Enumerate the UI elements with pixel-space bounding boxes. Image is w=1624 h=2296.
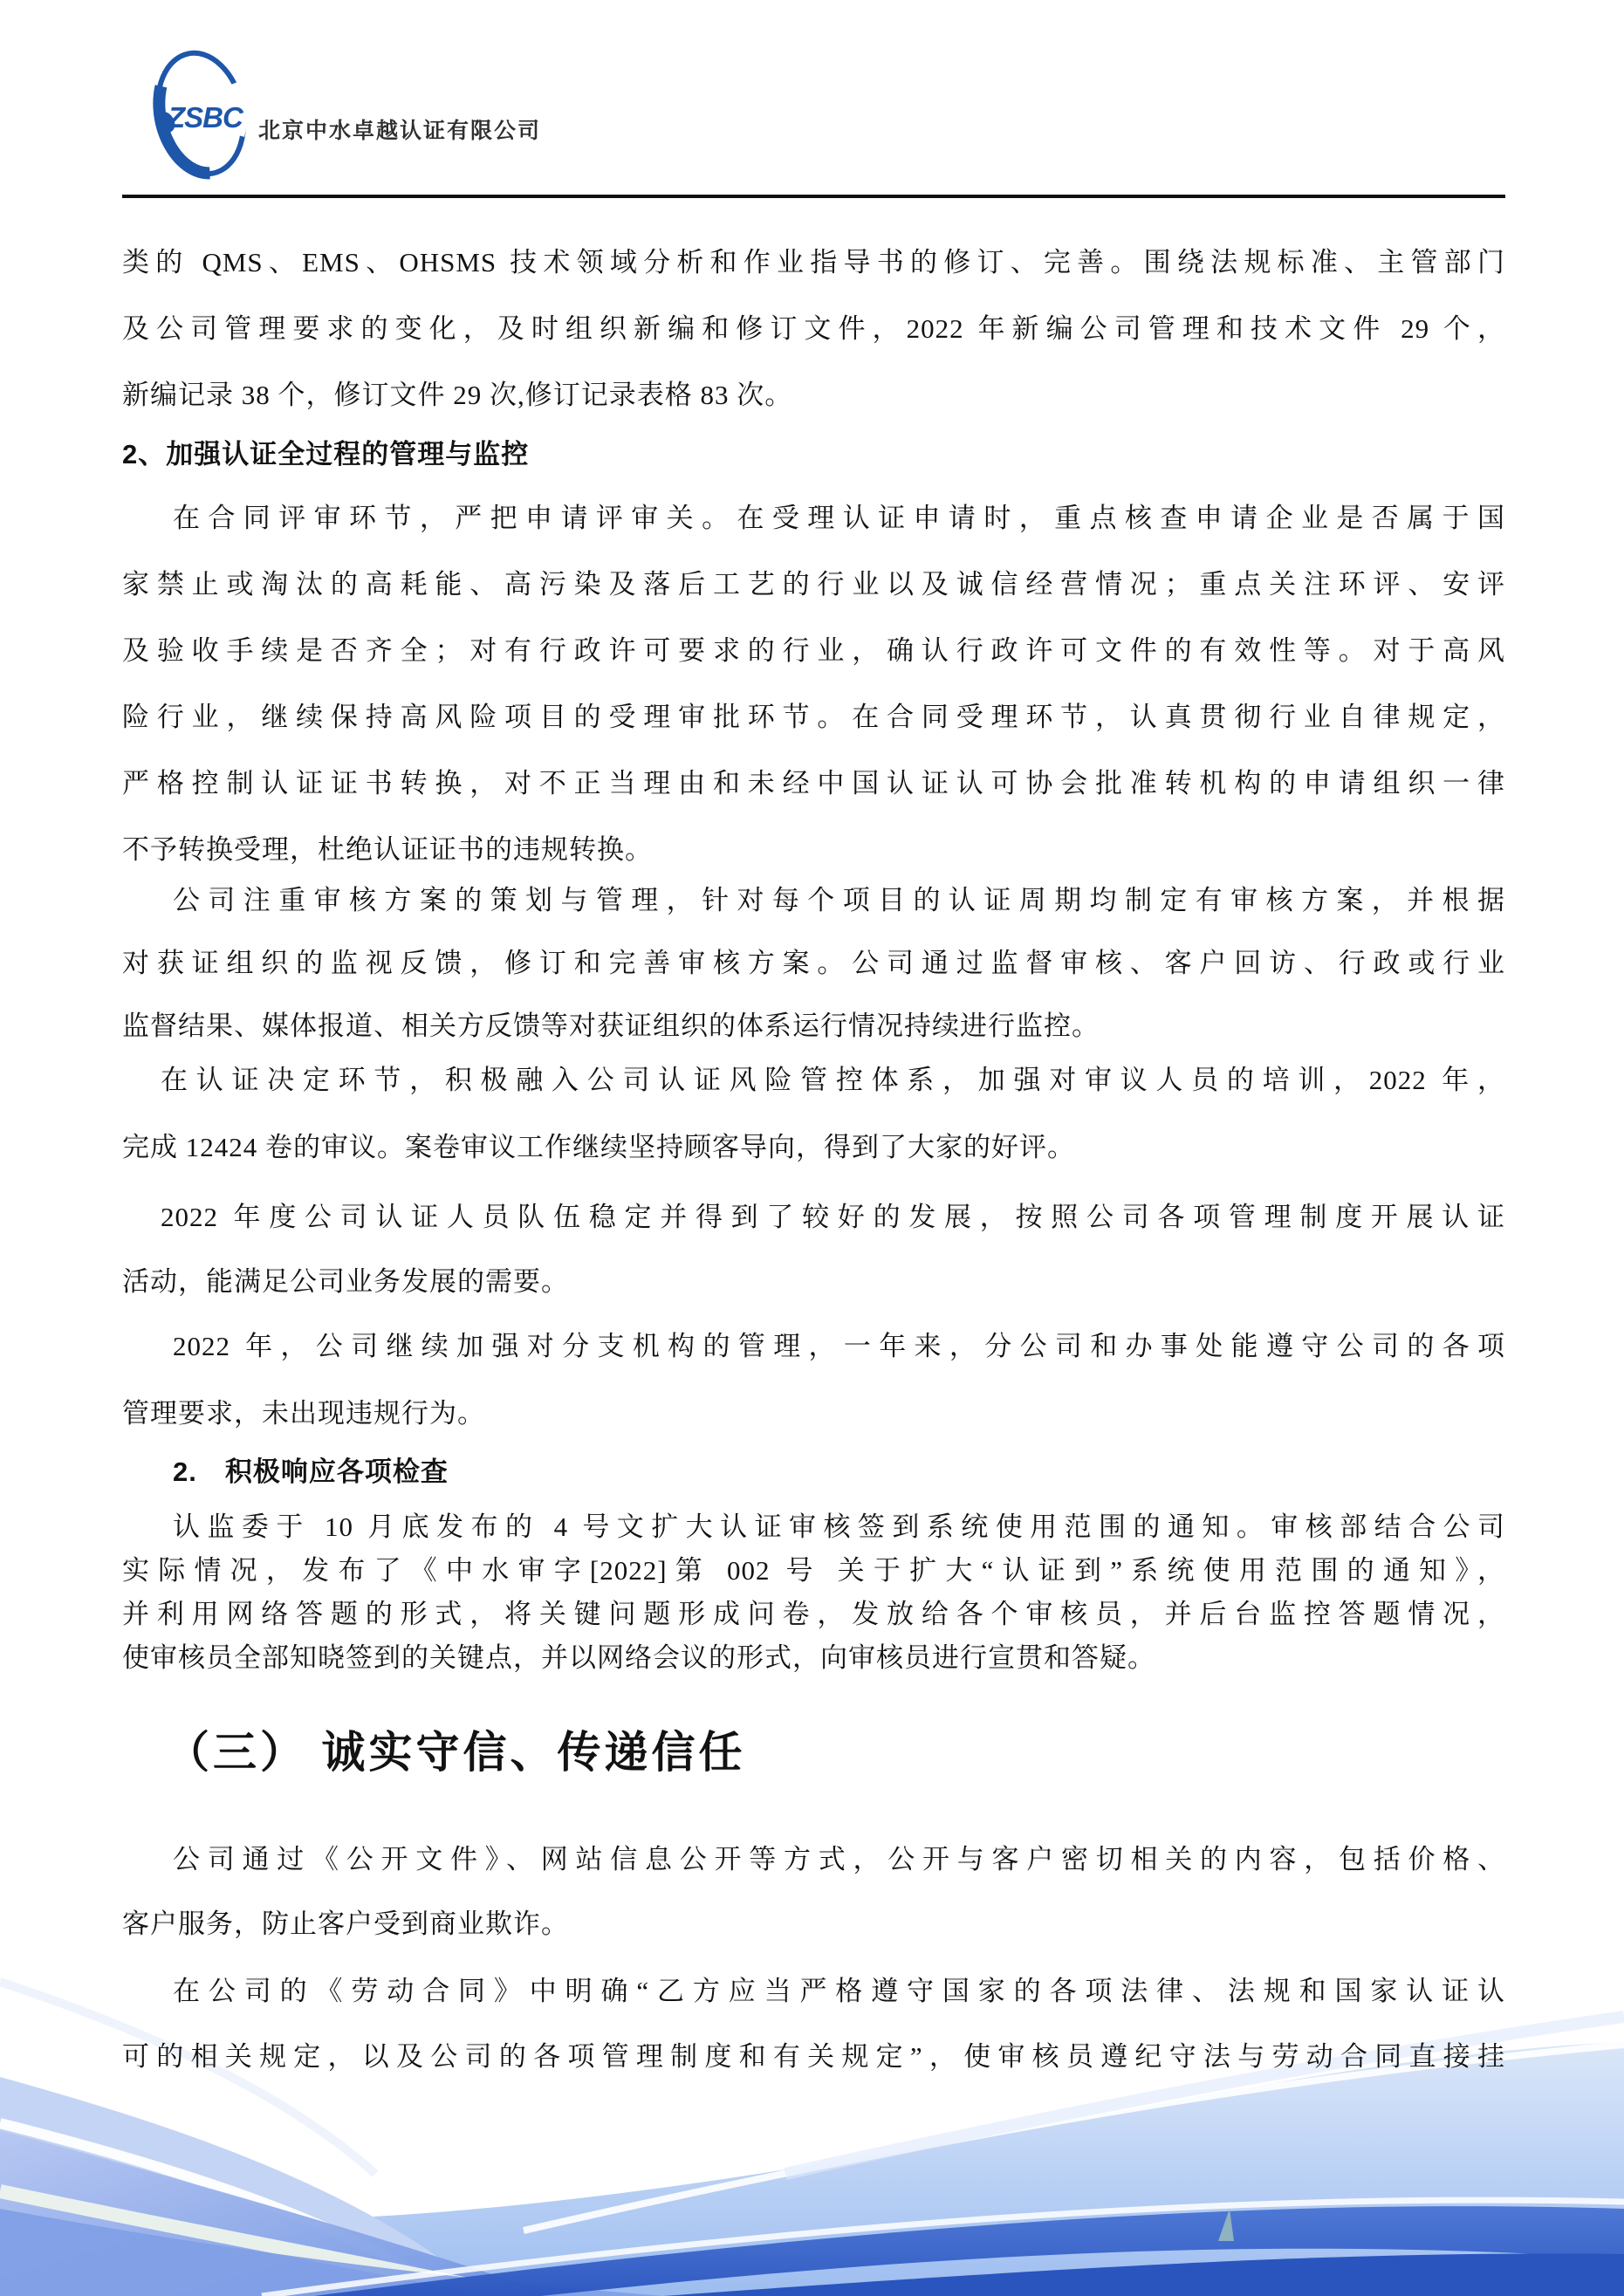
text-line: 完成 12424 卷的审议。案卷审议工作继续坚持顾客导向，得到了大家的好评。 [122,1114,1505,1181]
paragraph: 公司注重审核方案的策划与管理，针对每个项目的认证周期均制定有审核方案，并根据对获… [122,869,1505,1058]
text-line: 公司注重审核方案的策划与管理，针对每个项目的认证周期均制定有审核方案，并根据 [122,869,1505,932]
text-line: 在认证决定环节，积极融入公司认证风险管控体系，加强对审议人员的培训，2022 年… [122,1046,1505,1114]
paragraph: 2022 年度公司认证人员队伍稳定并得到了较好的发展，按照公司各项管理制度开展认… [122,1185,1505,1314]
paragraph: 在合同评审环节，严把申请评审关。在受理认证申请时，重点核查申请企业是否属于国家禁… [122,485,1505,883]
sub-heading: 2. 积极响应各项检查 [122,1450,1505,1494]
text-line: 对获证组织的监视反馈，修订和完善审核方案。公司通过监督审核、客户回访、行政或行业 [122,932,1505,995]
text-line: 活动，能满足公司业务发展的需要。 [122,1250,1505,1314]
paragraph: 在公司的《劳动合同》中明确“乙方应当严格遵守国家的各项法律、法规和国家认证认可的… [122,1958,1505,2089]
text-line: 公司通过《公开文件》、网站信息公开等方式，公开与客户密切相关的内容，包括价格、 [122,1827,1505,1892]
text-line: 管理要求，未出现违规行为。 [122,1380,1505,1447]
text-line: 及公司管理要求的变化，及时组织新编和修订文件，2022 年新编公司管理和技术文件… [122,296,1505,362]
paragraph-continued: 类的 QMS、EMS、OHSMS 技术领域分析和作业指导书的修订、完善。围绕法规… [122,230,1505,428]
document-page: ZSBC 北京中水卓越认证有限公司 类的 QMS、EMS、OHSMS 技术领域分… [0,0,1624,2296]
text-line: 新编记录 38 个，修订文件 29 次,修订记录表格 83 次。 [122,362,1505,428]
paragraph: 2022 年，公司继续加强对分支机构的管理，一年来，分公司和办事处能遵守公司的各… [122,1312,1505,1447]
text-line: 并利用网络答题的形式，将关键问题形成问卷，发放给各个审核员，并后台监控答题情况， [122,1593,1505,1636]
text-line: 家禁止或淘汰的高耗能、高污染及落后工艺的行业以及诚信经营情况；重点关注环评、安评 [122,552,1505,618]
text-line: 2. 积极响应各项检查 [122,1450,1505,1494]
paragraph: 认监委于 10 月底发布的 4 号文扩大认证审核签到系统使用范围的通知。审核部结… [122,1505,1505,1680]
text-line: （三） 诚实守信、传递信任 [122,1712,1505,1792]
paragraph: 公司通过《公开文件》、网站信息公开等方式，公开与客户密切相关的内容，包括价格、客… [122,1827,1505,1957]
text-line: 使审核员全部知晓签到的关键点，并以网络会议的形式，向审核员进行宣贯和答疑。 [122,1636,1505,1680]
text-line: 2022 年，公司继续加强对分支机构的管理，一年来，分公司和办事处能遵守公司的各… [122,1312,1505,1380]
text-line: 严格控制认证证书转换，对不正当理由和未经中国认证认可协会批准转机构的申请组织一律 [122,750,1505,817]
text-line: 险行业，继续保持高风险项目的受理审批环节。在合同受理环节，认真贯彻行业自律规定， [122,684,1505,750]
chapter-heading: （三） 诚实守信、传递信任 [122,1712,1505,1792]
text-line: 可的相关规定，以及公司的各项管理制度和有关规定”，使审核员遵纪守法与劳动合同直接… [122,2024,1505,2089]
text-line: 及验收手续是否齐全；对有行政许可要求的行业，确认行政许可文件的有效性等。对于高风 [122,618,1505,684]
paragraph: 在认证决定环节，积极融入公司认证风险管控体系，加强对审议人员的培训，2022 年… [122,1046,1505,1181]
text-line: 类的 QMS、EMS、OHSMS 技术领域分析和作业指导书的修订、完善。围绕法规… [122,230,1505,296]
text-line: 在公司的《劳动合同》中明确“乙方应当严格遵守国家的各项法律、法规和国家认证认 [122,1958,1505,2024]
text-line: 客户服务，防止客户受到商业欺诈。 [122,1892,1505,1957]
document-body: 类的 QMS、EMS、OHSMS 技术领域分析和作业指导书的修订、完善。围绕法规… [0,0,1624,2296]
text-line: 2、加强认证全过程的管理与监控 [122,429,1505,480]
text-line: 认监委于 10 月底发布的 4 号文扩大认证审核签到系统使用范围的通知。审核部结… [122,1505,1505,1549]
section-heading: 2、加强认证全过程的管理与监控 [122,429,1505,480]
text-line: 实际情况，发布了《中水审字[2022]第 002 号 关于扩大“认证到”系统使用… [122,1549,1505,1593]
text-line: 在合同评审环节，严把申请评审关。在受理认证申请时，重点核查申请企业是否属于国 [122,485,1505,552]
text-line: 2022 年度公司认证人员队伍稳定并得到了较好的发展，按照公司各项管理制度开展认… [122,1185,1505,1250]
